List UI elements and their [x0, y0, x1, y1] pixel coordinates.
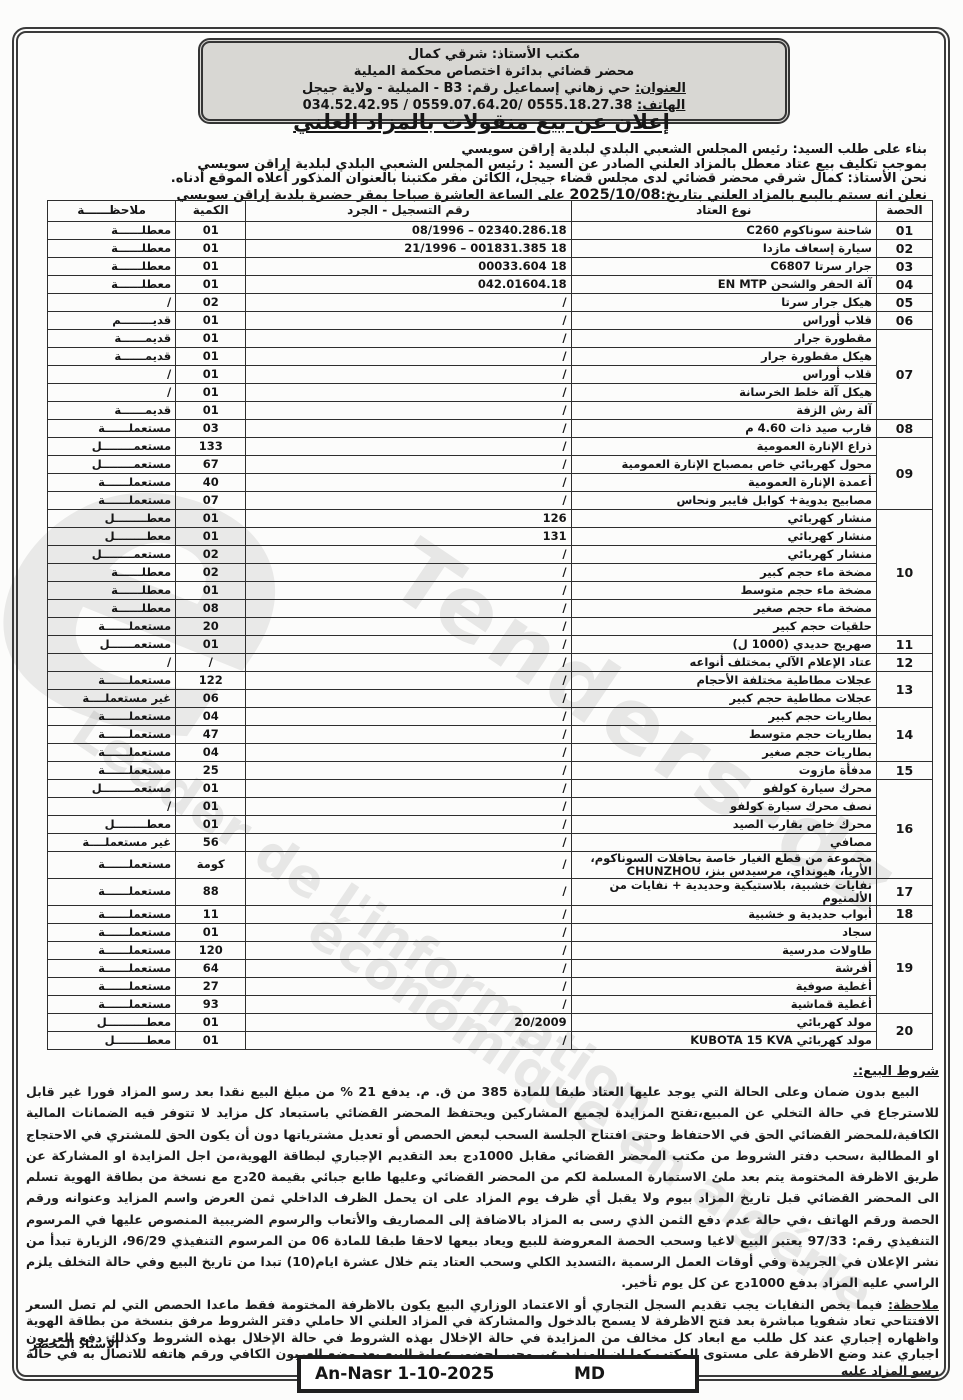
- lot-number: 18: [876, 905, 932, 923]
- item-quantity: 01: [176, 240, 246, 258]
- table-row: 08قارب صيد ذات 4.60 م/03مستعملــــــة: [48, 420, 933, 438]
- item-quantity: 01: [176, 366, 246, 384]
- item-quantity: 01: [176, 510, 246, 528]
- item-type: مجموعة من قطع الغيار خاصة بحافلات السونا…: [571, 852, 876, 879]
- item-type: أغطية صوفية: [571, 977, 876, 995]
- item-type: بطاريات حجم متوسط: [571, 726, 876, 744]
- item-quantity: 01: [176, 1013, 246, 1031]
- item-type: عجلات مطاطية حجم كبير: [571, 690, 876, 708]
- item-type: آلة رش الزفة: [571, 402, 876, 420]
- item-quantity: 01: [176, 636, 246, 654]
- table-row: عجلات مطاطية حجم كبير/06غير مستعملــــة: [48, 690, 933, 708]
- item-note: مستعملــــــة: [48, 977, 176, 995]
- table-row: محول كهربائي خاص بمصباح الإنارة العمومية…: [48, 456, 933, 474]
- item-type: جرار سرتا C6807: [571, 258, 876, 276]
- item-quantity: 01: [176, 528, 246, 546]
- scanned-auction-notice: e Tenders-dz Leader de l'information éco…: [0, 0, 963, 1400]
- item-type: قلاب أوراس: [571, 312, 876, 330]
- item-registration: /: [246, 941, 571, 959]
- table-row: 18أبواب حديدية و خشبية/11مستعملــــــة: [48, 905, 933, 923]
- item-quantity: 25: [176, 762, 246, 780]
- item-registration: /: [246, 762, 571, 780]
- item-type: عجلات مطاطية مختلفة الأحجام: [571, 672, 876, 690]
- item-note: قديمــــــة: [48, 348, 176, 366]
- table-row: أفرشة/64مستعملــــــة: [48, 959, 933, 977]
- item-quantity: 01: [176, 402, 246, 420]
- item-note: معطلــــــة: [48, 258, 176, 276]
- item-registration: /: [246, 546, 571, 564]
- table-row: 04آلة الحفر والشحن EN MTP042.01604.1801م…: [48, 276, 933, 294]
- item-note: مستعملــــــة: [48, 852, 176, 879]
- lot-number: 13: [876, 672, 932, 708]
- item-note: مستعملــــــة: [48, 726, 176, 744]
- item-quantity: 47: [176, 726, 246, 744]
- item-type: مضخة ماء حجم متوسط: [571, 582, 876, 600]
- table-row: طاولات مدرسية/120مستعملــــــة: [48, 941, 933, 959]
- table-row: أغطية صوفية/27مستعملــــــة: [48, 977, 933, 995]
- item-registration: 00033.604 18: [246, 258, 571, 276]
- item-registration: /: [246, 672, 571, 690]
- item-quantity: 04: [176, 744, 246, 762]
- item-registration: /: [246, 708, 571, 726]
- item-note: مستعملــــــة: [48, 708, 176, 726]
- auction-table-body: 01شاحنة سوناكوم C26008/1996 – 02340.286.…: [48, 222, 933, 1050]
- item-note: غير مستعملــــة: [48, 690, 176, 708]
- item-note: معطــــــــل: [48, 528, 176, 546]
- conditions-heading: شروط البيع:.: [26, 1064, 939, 1079]
- table-row: 01شاحنة سوناكوم C26008/1996 – 02340.286.…: [48, 222, 933, 240]
- col-header-type: نوع العتاد: [571, 201, 876, 222]
- item-registration: /: [246, 726, 571, 744]
- journal-code: MD: [574, 1364, 605, 1384]
- item-type: هيكل آلة خلط الخرسانة: [571, 384, 876, 402]
- item-registration: /: [246, 294, 571, 312]
- item-note: /: [48, 384, 176, 402]
- item-type: هيكل مقطورة جرار: [571, 348, 876, 366]
- item-registration: 131: [246, 528, 571, 546]
- lot-number: 02: [876, 240, 932, 258]
- lot-number: 17: [876, 878, 932, 905]
- lot-number: 11: [876, 636, 932, 654]
- table-row: 20مولد كهربائي20/200901معطــــــــــل: [48, 1013, 933, 1031]
- item-quantity: 01: [176, 1031, 246, 1049]
- item-quantity: 02: [176, 564, 246, 582]
- item-registration: /: [246, 995, 571, 1013]
- item-type: منشار كهربائي: [571, 510, 876, 528]
- item-type: مضخة ماء حجم صغير: [571, 600, 876, 618]
- col-header-quantity: الكمية: [176, 201, 246, 222]
- item-registration: /: [246, 402, 571, 420]
- item-type: بطاريات حجم صغير: [571, 744, 876, 762]
- item-note: معطــــــــل: [48, 1031, 176, 1049]
- item-type: عتاد الإعلام الآلي بمختلف أنواعه: [571, 654, 876, 672]
- item-registration: /: [246, 330, 571, 348]
- item-type: سجاد: [571, 923, 876, 941]
- table-row: قلاب أوراس/01/: [48, 366, 933, 384]
- item-registration: /: [246, 1031, 571, 1049]
- item-type: صهريج حديدي (1000 ل): [571, 636, 876, 654]
- item-type: مقطورة جرار: [571, 330, 876, 348]
- lot-number: 09: [876, 438, 932, 510]
- item-type: أفرشة: [571, 959, 876, 977]
- table-row: آلة رش الزفة/01قديمــــــة: [48, 402, 933, 420]
- table-row: مولد كهربائي KUBOTA 15 KVA/01معطــــــــ…: [48, 1031, 933, 1049]
- item-note: مستعملــــــة: [48, 672, 176, 690]
- address-text: حي زهاني إسماعيل رقم: B3 - الميلية - ولا…: [302, 81, 630, 96]
- item-quantity: 01: [176, 582, 246, 600]
- table-row: 13عجلات مطاطية مختلفة الأحجام/122مستعملـ…: [48, 672, 933, 690]
- item-note: مستعملــــــة: [48, 905, 176, 923]
- item-registration: /: [246, 582, 571, 600]
- item-note: قديــــــــم: [48, 312, 176, 330]
- item-note: مستعمــــــــل: [48, 438, 176, 456]
- table-row: 12عتاد الإعلام الآلي بمختلف أنواعه///: [48, 654, 933, 672]
- item-quantity: 40: [176, 474, 246, 492]
- table-row: مجموعة من قطع الغيار خاصة بحافلات السونا…: [48, 852, 933, 879]
- item-registration: /: [246, 438, 571, 456]
- item-note: مستعملــــــة: [48, 762, 176, 780]
- journal-name-date: An-Nasr 1-10-2025: [315, 1364, 494, 1384]
- item-note: معطلــــــة: [48, 276, 176, 294]
- item-registration: /: [246, 977, 571, 995]
- item-note: مستعملــــــة: [48, 744, 176, 762]
- item-quantity: 02: [176, 294, 246, 312]
- item-registration: /: [246, 312, 571, 330]
- table-row: مضخة ماء حجم صغير/08معطلــــــة: [48, 600, 933, 618]
- item-type: قلاب أوراس: [571, 366, 876, 384]
- lot-number: 14: [876, 708, 932, 762]
- lot-number: 19: [876, 923, 932, 1013]
- item-type: هيكل جرار سرتا: [571, 294, 876, 312]
- item-registration: /: [246, 564, 571, 582]
- item-registration: /: [246, 690, 571, 708]
- intro-paragraph: بناء على طلب السيد: رئيس المجلس الشعبي ا…: [60, 143, 927, 203]
- item-registration: /: [246, 456, 571, 474]
- item-type: أعمدة الإنارة العمومية: [571, 474, 876, 492]
- item-registration: /: [246, 600, 571, 618]
- item-registration: /: [246, 384, 571, 402]
- item-note: /: [48, 366, 176, 384]
- item-type: محرك خاص بقارب الصيد: [571, 816, 876, 834]
- note-label: ملاحظة:: [888, 1297, 939, 1312]
- item-note: مستعملــــــة: [48, 995, 176, 1013]
- lot-number: 06: [876, 312, 932, 330]
- item-type: محول كهربائي خاص بمصباح الإنارة العمومية: [571, 456, 876, 474]
- lot-number: 04: [876, 276, 932, 294]
- item-type: نصف محرك سيارة كولفو: [571, 798, 876, 816]
- item-type: مصابيح يدوية+ كوابل فايبر ونحاس: [571, 492, 876, 510]
- item-type: ذراع الإنارة العمومية: [571, 438, 876, 456]
- item-note: /: [48, 654, 176, 672]
- item-quantity: 01: [176, 780, 246, 798]
- lot-number: 08: [876, 420, 932, 438]
- item-quantity: 93: [176, 995, 246, 1013]
- item-note: /: [48, 294, 176, 312]
- item-note: مستعملــــــة: [48, 420, 176, 438]
- item-registration: 08/1996 – 02340.286.18: [246, 222, 571, 240]
- table-row: بطاريات حجم متوسط/47مستعملــــــة: [48, 726, 933, 744]
- table-row: 19سجاد/01مستعملــــــة: [48, 923, 933, 941]
- item-registration: 21/1996 – 001831.385 18: [246, 240, 571, 258]
- item-type: مولد كهربائي: [571, 1013, 876, 1031]
- table-row: منشار كهربائي/02مستعمــــــــل: [48, 546, 933, 564]
- item-quantity: 01: [176, 312, 246, 330]
- office-name: مكتب الأستاذ: شرقي كمال: [213, 47, 775, 64]
- lot-number: 01: [876, 222, 932, 240]
- table-row: 09ذراع الإنارة العمومية/133مستعمــــــــ…: [48, 438, 933, 456]
- col-header-registration: رقم التسجيل - الجرد: [246, 201, 571, 222]
- item-quantity: 133: [176, 438, 246, 456]
- item-quantity: 01: [176, 816, 246, 834]
- table-row: 16محرك سيارة كولفو/01مستعمــــــــل: [48, 780, 933, 798]
- item-note: معطلــــــة: [48, 600, 176, 618]
- table-row: حلقيات حجم كبير/20مستعملــــــة: [48, 618, 933, 636]
- item-registration: 042.01604.18: [246, 276, 571, 294]
- item-note: مستعمــــــــل: [48, 546, 176, 564]
- table-row: هيكل آلة خلط الخرسانة/01/: [48, 384, 933, 402]
- item-quantity: 01: [176, 222, 246, 240]
- item-registration: /: [246, 816, 571, 834]
- item-registration: /: [246, 474, 571, 492]
- item-note: معطلــــــة: [48, 582, 176, 600]
- item-type: مصافي: [571, 834, 876, 852]
- table-row: 11صهريج حديدي (1000 ل)/01مستعمــــــل: [48, 636, 933, 654]
- lot-number: 10: [876, 510, 932, 636]
- item-note: مستعمــــــــل: [48, 456, 176, 474]
- table-row: هيكل مقطورة جرار/01قديمــــــة: [48, 348, 933, 366]
- item-quantity: 01: [176, 798, 246, 816]
- item-type: أغطية قماشية: [571, 995, 876, 1013]
- item-registration: /: [246, 744, 571, 762]
- item-quantity: 01: [176, 258, 246, 276]
- item-note: معطــــــــل: [48, 816, 176, 834]
- item-type: سيارة إسعاف مازدا: [571, 240, 876, 258]
- intro-line-3: نحن الأستاذ: كمال شرقي محضر قضائي لدى مج…: [60, 172, 927, 187]
- item-quantity: 122: [176, 672, 246, 690]
- table-row: مصابيح يدوية+ كوابل فايبر ونحاس/07مستعمل…: [48, 492, 933, 510]
- item-registration: /: [246, 492, 571, 510]
- auction-items-table: الحصة نوع العتاد رقم التسجيل - الجرد الك…: [47, 200, 933, 1050]
- item-note: مستعملــــــة: [48, 618, 176, 636]
- item-type: نفايات خشبية، بلاستيكية وحديدية + نفايات…: [571, 878, 876, 905]
- item-quantity: 04: [176, 708, 246, 726]
- address-label: العنوان:: [635, 81, 686, 96]
- item-quantity: 56: [176, 834, 246, 852]
- table-row: 14بطاريات حجم كبير/04مستعملــــــة: [48, 708, 933, 726]
- item-registration: /: [246, 852, 571, 879]
- item-registration: /: [246, 959, 571, 977]
- item-note: معطلــــــة: [48, 222, 176, 240]
- item-type: مضخة ماء حجم كبير: [571, 564, 876, 582]
- item-quantity: 64: [176, 959, 246, 977]
- item-note: /: [48, 798, 176, 816]
- item-quantity: 67: [176, 456, 246, 474]
- table-row: مضخة ماء حجم متوسط/01معطلــــــة: [48, 582, 933, 600]
- item-type: أبواب حديدية و خشبية: [571, 905, 876, 923]
- table-row: 07مقطورة جرار/01قديمــــــة: [48, 330, 933, 348]
- item-registration: /: [246, 905, 571, 923]
- item-type: بطاريات حجم كبير: [571, 708, 876, 726]
- col-header-note: ملاحظــــــة: [48, 201, 176, 222]
- table-row: نصف محرك سيارة كولفو/01/: [48, 798, 933, 816]
- lot-number: 12: [876, 654, 932, 672]
- item-note: قديمــــــة: [48, 402, 176, 420]
- item-note: معطــــــــل: [48, 510, 176, 528]
- item-note: مستعملــــــة: [48, 941, 176, 959]
- item-quantity: 07: [176, 492, 246, 510]
- table-row: 05هيكل جرار سرتا/02/: [48, 294, 933, 312]
- item-type: مولد كهربائي KUBOTA 15 KVA: [571, 1031, 876, 1049]
- item-type: طاولات مدرسية: [571, 941, 876, 959]
- item-registration: /: [246, 636, 571, 654]
- item-note: مستعملــــــة: [48, 492, 176, 510]
- item-quantity: 20: [176, 618, 246, 636]
- table-row: مضخة ماء حجم كبير/02معطلــــــة: [48, 564, 933, 582]
- table-row: 06قلاب أوراس/01قديــــــــم: [48, 312, 933, 330]
- table-row: 03جرار سرتا C680700033.604 1801معطلـــــ…: [48, 258, 933, 276]
- table-row: محرك خاص بقارب الصيد/01معطــــــــل: [48, 816, 933, 834]
- item-note: مستعملــــــة: [48, 959, 176, 977]
- bailiff-signature: الأستاذ المحضر: [30, 1337, 119, 1351]
- item-note: قديمــــــة: [48, 330, 176, 348]
- item-note: معطــــــــــل: [48, 1013, 176, 1031]
- item-note: مستعمــــــــل: [48, 780, 176, 798]
- item-registration: 20/2009: [246, 1013, 571, 1031]
- item-type: حلقيات حجم كبير: [571, 618, 876, 636]
- item-registration: 126: [246, 510, 571, 528]
- item-registration: /: [246, 834, 571, 852]
- item-quantity: 01: [176, 276, 246, 294]
- item-type: آلة الحفر والشحن EN MTP: [571, 276, 876, 294]
- item-registration: /: [246, 923, 571, 941]
- table-row: 15مدفأة مازوت/25مستعملــــــة: [48, 762, 933, 780]
- item-quantity: 88: [176, 878, 246, 905]
- office-role: محضر قضائي بدائرة اختصاص محكمة الميلية: [213, 64, 775, 81]
- item-quantity: 06: [176, 690, 246, 708]
- item-quantity: 01: [176, 923, 246, 941]
- item-quantity: 01: [176, 348, 246, 366]
- item-quantity: 02: [176, 546, 246, 564]
- item-quantity: 27: [176, 977, 246, 995]
- item-registration: /: [246, 366, 571, 384]
- lot-number: 15: [876, 762, 932, 780]
- item-quantity: كومة: [176, 852, 246, 879]
- item-registration: /: [246, 348, 571, 366]
- intro-line-2: بموجب تكليف بيع عتاد معطل بالمزاد العلني…: [60, 158, 927, 173]
- conditions-body: البيع بدون ضمان وعلى الحالة التي يوجد عل…: [26, 1081, 939, 1294]
- table-row: 17نفايات خشبية، بلاستيكية وحديدية + نفاي…: [48, 878, 933, 905]
- item-type: منشار كهربائي: [571, 546, 876, 564]
- item-quantity: 120: [176, 941, 246, 959]
- item-note: مستعمــــــل: [48, 636, 176, 654]
- lot-number: 05: [876, 294, 932, 312]
- item-note: معطلــــــة: [48, 240, 176, 258]
- item-registration: /: [246, 618, 571, 636]
- table-row: أغطية قماشية/93مستعملــــــة: [48, 995, 933, 1013]
- sale-conditions-section: شروط البيع:. البيع بدون ضمان وعلى الحالة…: [26, 1064, 939, 1379]
- table-row: 10منشار كهربائي12601معطــــــــل: [48, 510, 933, 528]
- item-note: غير مستعملــــة: [48, 834, 176, 852]
- item-quantity: 01: [176, 384, 246, 402]
- item-registration: /: [246, 780, 571, 798]
- item-quantity: 03: [176, 420, 246, 438]
- col-header-lot: الحصة: [876, 201, 932, 222]
- item-note: مستعملــــــة: [48, 878, 176, 905]
- item-registration: /: [246, 878, 571, 905]
- item-quantity: 01: [176, 330, 246, 348]
- item-type: مدفأة مازوت: [571, 762, 876, 780]
- lot-number: 03: [876, 258, 932, 276]
- item-registration: /: [246, 420, 571, 438]
- table-row: منشار كهربائي13101معطــــــــل: [48, 528, 933, 546]
- lot-number: 07: [876, 330, 932, 420]
- item-type: منشار كهربائي: [571, 528, 876, 546]
- item-note: مستعملــــــة: [48, 923, 176, 941]
- table-row: 02سيارة إسعاف مازدا21/1996 – 001831.385 …: [48, 240, 933, 258]
- intro-line-1: بناء على طلب السيد: رئيس المجلس الشعبي ا…: [60, 143, 927, 158]
- journal-stamp-box: An-Nasr 1-10-2025 MD: [297, 1355, 699, 1393]
- item-quantity: 11: [176, 905, 246, 923]
- table-row: مصافي/56غير مستعملــــة: [48, 834, 933, 852]
- table-row: أعمدة الإنارة العمومية/40مستعملــــــة: [48, 474, 933, 492]
- item-quantity: 08: [176, 600, 246, 618]
- page-title: إعلان عن بيع منقولات بالمزاد العلني: [0, 110, 963, 134]
- item-registration: /: [246, 654, 571, 672]
- lot-number: 16: [876, 780, 932, 879]
- item-quantity: /: [176, 654, 246, 672]
- item-note: معطلــــــة: [48, 564, 176, 582]
- table-header-row: الحصة نوع العتاد رقم التسجيل - الجرد الك…: [48, 201, 933, 222]
- table-row: بطاريات حجم صغير/04مستعملــــــة: [48, 744, 933, 762]
- item-registration: /: [246, 798, 571, 816]
- lot-number: 20: [876, 1013, 932, 1049]
- item-note: مستعملــــــة: [48, 474, 176, 492]
- item-type: محرك سيارة كولفو: [571, 780, 876, 798]
- item-type: قارب صيد ذات 4.60 م: [571, 420, 876, 438]
- office-address: العنوان: حي زهاني إسماعيل رقم: B3 - المي…: [213, 81, 775, 98]
- item-type: شاحنة سوناكوم C260: [571, 222, 876, 240]
